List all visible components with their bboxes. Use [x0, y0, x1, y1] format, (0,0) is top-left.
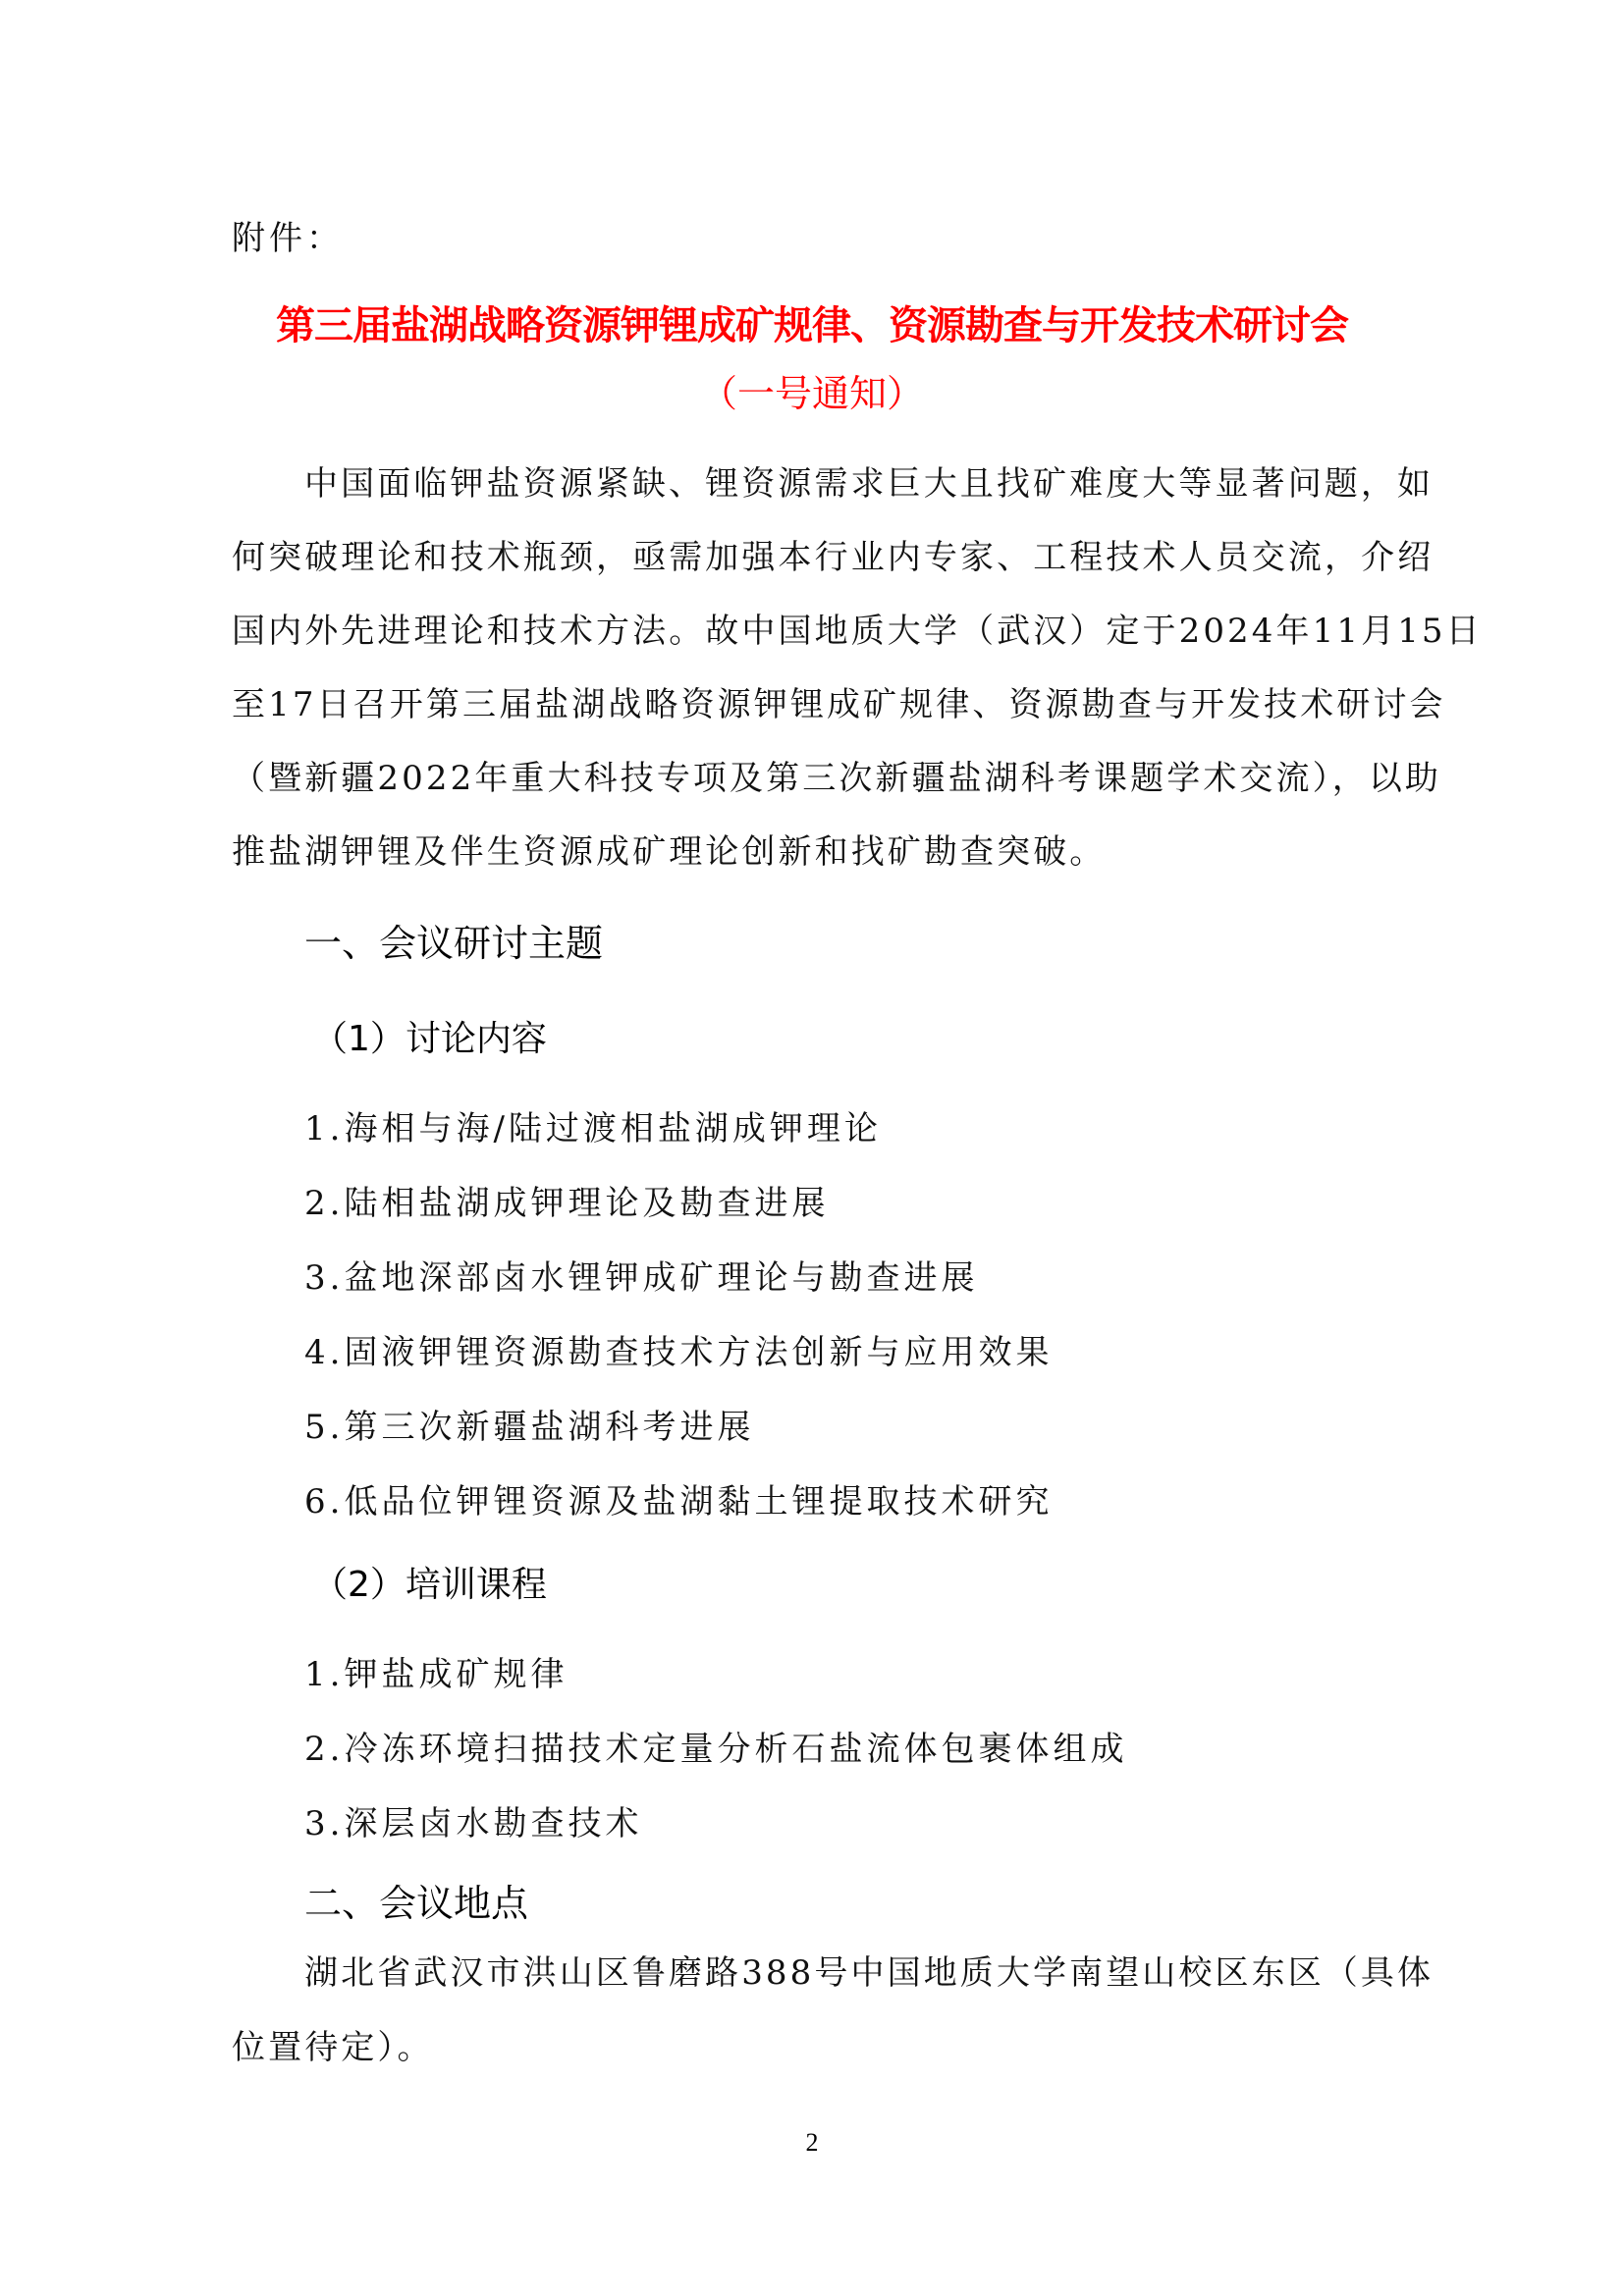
intro-line: 何突破理论和技术瓶颈，亟需加强本行业内专家、工程技术人员交流，介绍 [232, 530, 1434, 578]
intro-line: 至17日召开第三届盐湖战略资源钾锂成矿规律、资源勘查与开发技术研讨会 [232, 677, 1446, 725]
list-item: 2.冷冻环境扫描技术定量分析石盐流体包裹体组成 [304, 1722, 1127, 1770]
document-page: 附件： 第三届盐湖战略资源钾锂成矿规律、资源勘查与开发技术研讨会 （一号通知） … [0, 0, 1624, 2296]
list-item: 5.第三次新疆盐湖科考进展 [304, 1400, 754, 1448]
intro-line: 国内外先进理论和技术方法。故中国地质大学（武汉）定于2024年11月15日 [232, 604, 1483, 652]
list-item: 1.钾盐成矿规律 [304, 1647, 568, 1695]
list-item: 3.深层卤水勘查技术 [304, 1796, 642, 1844]
attachment-label: 附件： [232, 211, 344, 259]
subsection-heading: （2）培训课程 [312, 1557, 547, 1607]
location-line: 位置待定）。 [232, 2020, 434, 2068]
intro-line: 中国面临钾盐资源紧缺、锂资源需求巨大且找矿难度大等显著问题，如 [304, 456, 1434, 505]
section-heading: 二、会议地点 [304, 1873, 528, 1927]
intro-line: （暨新疆2022年重大科技专项及第三次新疆盐湖科考课题学术交流），以助 [232, 751, 1441, 799]
subsection-heading: （1）讨论内容 [312, 1011, 547, 1061]
location-line: 湖北省武汉市洪山区鲁磨路388号中国地质大学南望山校区东区（具体 [304, 1946, 1434, 1994]
list-item: 6.低品位钾锂资源及盐湖黏土锂提取技术研究 [304, 1474, 1053, 1522]
list-item: 2.陆相盐湖成钾理论及勘查进展 [304, 1176, 829, 1224]
list-item: 3.盆地深部卤水锂钾成矿理论与勘查进展 [304, 1251, 978, 1299]
intro-line: 推盐湖钾锂及伴生资源成矿理论创新和找矿勘查突破。 [232, 825, 1106, 873]
list-item: 1.海相与海/陆过渡相盐湖成钾理论 [304, 1101, 882, 1149]
list-item: 4.固液钾锂资源勘查技术方法创新与应用效果 [304, 1325, 1053, 1373]
document-subtitle: （一号通知） [0, 363, 1624, 417]
section-heading: 一、会议研讨主题 [304, 913, 603, 967]
page-number: 2 [0, 2128, 1624, 2158]
document-title: 第三届盐湖战略资源钾锂成矿规律、资源勘查与开发技术研讨会 [0, 294, 1624, 350]
